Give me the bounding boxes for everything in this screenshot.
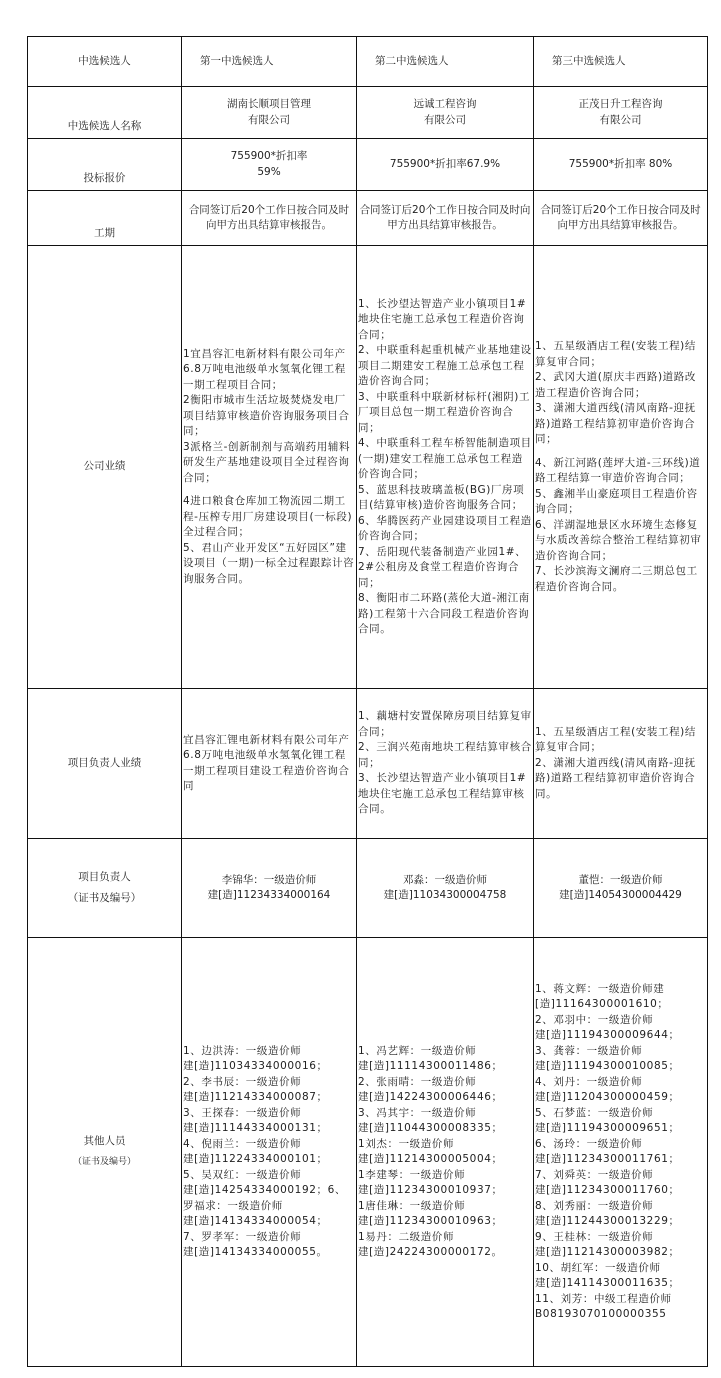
- period-2: 合同签订后20个工作日按合同及时向甲方出具结算审核报告。: [357, 191, 534, 246]
- list-item: 1、五星级酒店工程(安装工程)结算复审合同；: [535, 725, 706, 756]
- candidate-name-3: 正茂日升工程咨询 有限公司: [534, 87, 708, 139]
- list-item: 4、中联重科工程车桥智能制造项目(一期)建安工程施工总承包工程造价咨询合同；: [358, 436, 532, 483]
- list-item: 3、中联重科中联新材标杆(湘阴)工厂项目总包一期工程造价咨询合同；: [358, 390, 532, 437]
- company-performance-2: 1、长沙望达智造产业小镇项目1#地块住宅施工总承包工程造价咨询合同； 2、中联重…: [357, 246, 534, 689]
- list-item: 1宜昌容汇电新材料有限公司年产6.8万吨电池级单水氢氧化锂工程一期工程项目合同；: [183, 347, 355, 394]
- list-item: 宜昌容汇锂电新材料有限公司年产6.8万吨电池级单水氢氧化锂工程一期工程项目建设工…: [183, 733, 355, 795]
- list-item: 4进口粮食仓库加工物流园二期工程-压榨专用厂房建设项目(一标段)全过程合同；: [183, 494, 355, 541]
- list-item: 6、洋湖湿地景区水环境生态修复与水质改善综合整治工程结算初审造价咨询合同；: [535, 518, 706, 565]
- header-label: 中选候选人: [28, 37, 182, 87]
- price-row-label: 投标报价: [28, 139, 182, 191]
- other-staff-row: 其他人员 （证书及编号） 1、边洪涛：一级造价师 建[造]11034334000…: [28, 938, 708, 1367]
- bid-price-2: 755900*折扣率67.9%: [357, 139, 534, 191]
- list-item: 5、蓝思科技玻璃盖板(BG)厂房项目(结算审核)造价咨询服务合同；: [358, 483, 532, 514]
- list-item: 2、中联重科起重机械产业基地建设项目二期建安工程施工总承包工程造价咨询合同；: [358, 343, 532, 390]
- list-item: 7、岳阳现代装备制造产业园1#、2#公租房及食堂工程造价咨询合同；: [358, 545, 532, 592]
- list-item: 7、长沙滨海文澜府二三期总包工程造价咨询合同。: [535, 564, 706, 595]
- list-item: 1、五星级酒店工程(安装工程)结算复审合同；: [535, 339, 706, 370]
- list-item: 6、华腾医药产业园建设项目工程造价咨询合同；: [358, 514, 532, 545]
- bid-price-3: 755900*折扣率 80%: [534, 139, 708, 191]
- name-row: 中选候选人名称 湖南长顺项目管理 有限公司 远诚工程咨询 有限公司 正茂日升工程…: [28, 87, 708, 139]
- list-item: 3派格兰-创新制剂与高端药用辅料研发生产基地建设项目全过程咨询合同；: [183, 440, 355, 487]
- project-manager-3: 董恺：一级造价师 建[造]14054300004429: [534, 839, 708, 938]
- header-second-candidate: 第二中选候选人: [357, 37, 534, 87]
- header-third-candidate: 第三中选候选人: [534, 37, 708, 87]
- list-item: 2、三润兴苑南地块工程结算审核合同；: [358, 740, 532, 771]
- candidate-name-2: 远诚工程咨询 有限公司: [357, 87, 534, 139]
- period-1: 合同签订后20个工作日按合同及时向甲方出具结算审核报告。: [182, 191, 357, 246]
- list-item: 3、潇湘大道西线(清风南路-迎抚路)道路工程结算初审造价咨询合同；: [535, 401, 706, 448]
- pm-performance-1: 宜昌容汇锂电新材料有限公司年产6.8万吨电池级单水氢氧化锂工程一期工程项目建设工…: [182, 689, 357, 839]
- list-item: 4、新江河路(莲坪大道-三环线)道路工程结算一审造价咨询合同；: [535, 456, 706, 487]
- company-performance-row: 公司业绩 1宜昌容汇电新材料有限公司年产6.8万吨电池级单水氢氧化锂工程一期工程…: [28, 246, 708, 689]
- list-item: 2、潇湘大道西线(清风南路-迎抚路)道路工程结算初审造价咨询合同。: [535, 756, 706, 803]
- company-performance-label: 公司业绩: [28, 246, 182, 689]
- pm-performance-2: 1、藕塘村安置保障房项目结算复审合同； 2、三润兴苑南地块工程结算审核合同； 3…: [357, 689, 534, 839]
- project-manager-label: 项目负责人 （证书及编号）: [28, 839, 182, 938]
- other-staff-label: 其他人员 （证书及编号）: [28, 938, 182, 1367]
- list-item: 5、君山产业开发区“五好园区”建设项目（一期)一标全过程跟踪计咨询服务合同。: [183, 541, 355, 588]
- spacer: [535, 448, 706, 456]
- header-first-candidate: 第一中选候选人: [182, 37, 357, 87]
- project-manager-1: 李锦华：一级造价师 建[造]11234334000164: [182, 839, 357, 938]
- project-manager-2: 邓淼：一级造价师 建[造]11034300004758: [357, 839, 534, 938]
- period-row-label: 工期: [28, 191, 182, 246]
- company-performance-3: 1、五星级酒店工程(安装工程)结算复审合同； 2、武冈大道(原庆丰西路)道路改造…: [534, 246, 708, 689]
- pm-performance-label: 项目负责人业绩: [28, 689, 182, 839]
- list-item: 5、鑫湘半山豪庭项目工程造价咨询合同；: [535, 487, 706, 518]
- other-staff-1: 1、边洪涛：一级造价师 建[造]11034334000016； 2、李书辰：一级…: [182, 938, 357, 1367]
- list-item: 1、长沙望达智造产业小镇项目1#地块住宅施工总承包工程造价咨询合同；: [358, 297, 532, 344]
- list-item: 8、衡阳市二环路(蒸伦大道-湘江南路)工程第十六合同段工程造价咨询合同。: [358, 591, 532, 638]
- list-item: 2、武冈大道(原庆丰西路)道路改造工程造价咨询合同；: [535, 370, 706, 401]
- pm-performance-3: 1、五星级酒店工程(安装工程)结算复审合同； 2、潇湘大道西线(清风南路-迎抚路…: [534, 689, 708, 839]
- price-row: 投标报价 755900*折扣率 59% 755900*折扣率67.9% 7559…: [28, 139, 708, 191]
- list-item: 1、藕塘村安置保障房项目结算复审合同；: [358, 709, 532, 740]
- other-staff-2: 1、冯艺辉：一级造价师 建[造]11114300011486； 2、张雨晴：一级…: [357, 938, 534, 1367]
- period-3: 合同签订后20个工作日按合同及时向甲方出具结算审核报告。: [534, 191, 708, 246]
- period-row: 工期 合同签订后20个工作日按合同及时向甲方出具结算审核报告。 合同签订后20个…: [28, 191, 708, 246]
- name-row-label: 中选候选人名称: [28, 87, 182, 139]
- other-staff-3: 1、蒋文辉：一级造价师建 [造]11164300001610； 2、邓羽中：一级…: [534, 938, 708, 1367]
- candidate-table: 中选候选人 第一中选候选人 第二中选候选人 第三中选候选人 中选候选人名称 湖南…: [27, 36, 708, 1367]
- company-performance-1: 1宜昌容汇电新材料有限公司年产6.8万吨电池级单水氢氧化锂工程一期工程项目合同；…: [182, 246, 357, 689]
- bid-price-1: 755900*折扣率 59%: [182, 139, 357, 191]
- spacer: [183, 486, 355, 494]
- pm-performance-row: 项目负责人业绩 宜昌容汇锂电新材料有限公司年产6.8万吨电池级单水氢氧化锂工程一…: [28, 689, 708, 839]
- list-item: 3、长沙望达智造产业小镇项目1#地块住宅施工总承包工程结算审核合同。: [358, 771, 532, 818]
- header-row: 中选候选人 第一中选候选人 第二中选候选人 第三中选候选人: [28, 37, 708, 87]
- list-item: 2衡阳市城市生活垃圾焚烧发电厂项目结算审核造价咨询服务项目合同；: [183, 393, 355, 440]
- candidate-name-1: 湖南长顺项目管理 有限公司: [182, 87, 357, 139]
- project-manager-row: 项目负责人 （证书及编号） 李锦华：一级造价师 建[造]112343340001…: [28, 839, 708, 938]
